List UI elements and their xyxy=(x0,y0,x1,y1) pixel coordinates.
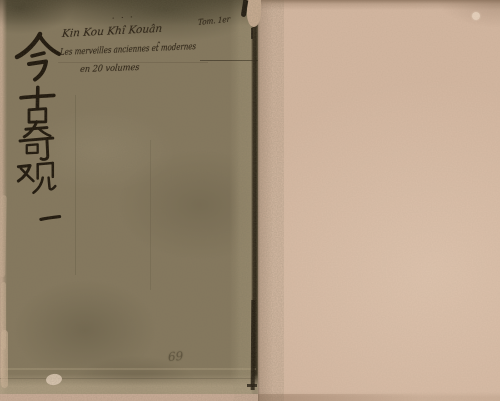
blank-flyleaf-page xyxy=(257,0,500,401)
cjk-character-yi: 一 xyxy=(30,206,70,230)
cjk-character-guan-drawing xyxy=(12,155,60,197)
handwritten-volume-note: en 20 volumes xyxy=(80,63,140,75)
page-bottom-shadow xyxy=(258,394,438,401)
handwritten-faint-number: 69 xyxy=(168,349,184,364)
cjk-character-guan: 观 xyxy=(12,155,60,197)
book-scan: 今 古 奇 观 xyxy=(0,0,500,401)
handwritten-diacritic-marks: · · · xyxy=(112,12,135,23)
cjk-character-yi-drawing xyxy=(30,206,70,230)
cjk-character-jin-drawing xyxy=(12,30,62,84)
cjk-character-jin: 今 xyxy=(12,30,62,84)
page-blemish-spot xyxy=(472,12,480,20)
